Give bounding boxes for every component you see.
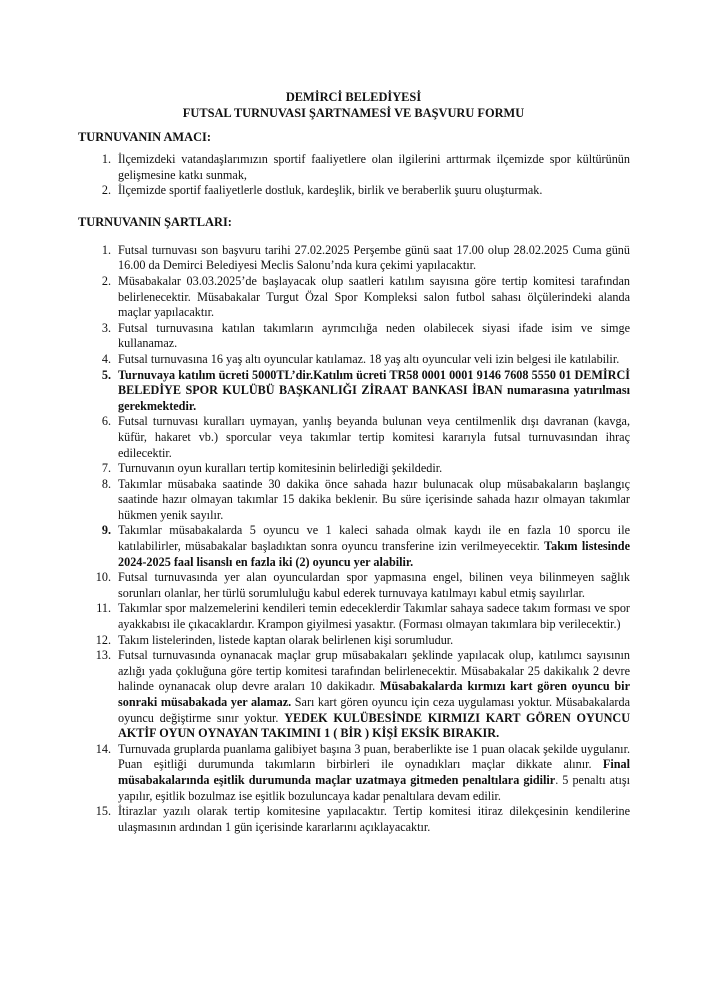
list-item-number: 11. xyxy=(78,601,111,617)
terms-item: 4.Futsal turnuvasına 16 yaş altı oyuncul… xyxy=(78,352,630,368)
list-item-number: 5. xyxy=(78,368,111,384)
terms-item: 15.İtirazlar yazılı olarak tertip komite… xyxy=(78,804,630,835)
list-item-number: 12. xyxy=(78,633,111,649)
list-item-text: Takım listelerinden, listede kaptan olar… xyxy=(118,633,453,647)
list-item-number: 4. xyxy=(78,352,111,368)
list-item-text: Futsal turnuvası kuralları uymayan, yanl… xyxy=(118,414,630,459)
purpose-item: 2.İlçemizde sportif faaliyetlerle dostlu… xyxy=(78,183,630,199)
terms-item: 5.Turnuvaya katılım ücreti 5000TL’dir.Ka… xyxy=(78,368,630,415)
list-item-number: 1. xyxy=(78,243,111,259)
list-item-number: 6. xyxy=(78,414,111,430)
section-heading-terms: TURNUVANIN ŞARTLARI: xyxy=(78,215,232,231)
list-item-text: İtirazlar yazılı olarak tertip komitesin… xyxy=(118,804,630,834)
terms-item: 10.Futsal turnuvasında yer alan oyuncula… xyxy=(78,570,630,601)
list-item-text: Futsal turnuvasına 16 yaş altı oyuncular… xyxy=(118,352,619,366)
list-item-number: 2. xyxy=(78,183,111,199)
list-item-text: Turnuvanın oyun kuralları tertip komites… xyxy=(118,461,442,475)
document-page: DEMİRCİ BELEDİYESİ FUTSAL TURNUVASI ŞART… xyxy=(0,0,707,1000)
list-item-number: 14. xyxy=(78,742,111,758)
list-item-number: 3. xyxy=(78,321,111,337)
list-item-text: İlçemizde sportif faaliyetlerle dostluk,… xyxy=(118,183,542,197)
purpose-list: 1.İlçemizdeki vatandaşlarımızın sportif … xyxy=(78,152,630,199)
terms-item: 14.Turnuvada gruplarda puanlama galibiye… xyxy=(78,742,630,804)
terms-item: 11.Takımlar spor malzemelerini kendileri… xyxy=(78,601,630,632)
list-item-number: 9. xyxy=(78,523,111,539)
list-item-number: 1. xyxy=(78,152,111,168)
list-item-text: Futsal turnuvası son başvuru tarihi 27.0… xyxy=(118,243,630,273)
list-item-text: Futsal turnuvasında yer alan oyuncularda… xyxy=(118,570,630,600)
terms-item: 7.Turnuvanın oyun kuralları tertip komit… xyxy=(78,461,630,477)
terms-item: 6.Futsal turnuvası kuralları uymayan, ya… xyxy=(78,414,630,461)
list-item-text: Takımlar müsabaka saatinde 30 dakika önc… xyxy=(118,477,630,522)
terms-item: 8.Takımlar müsabaka saatinde 30 dakika ö… xyxy=(78,477,630,524)
terms-item: 2. Müsabakalar 03.03.2025’de başlayacak … xyxy=(78,274,630,321)
list-item-number: 8. xyxy=(78,477,111,493)
list-item-text: Takımlar spor malzemelerini kendileri te… xyxy=(118,601,630,631)
list-item-number: 2. xyxy=(78,274,111,290)
terms-item: 1.Futsal turnuvası son başvuru tarihi 27… xyxy=(78,243,630,274)
list-item-number: 13. xyxy=(78,648,111,664)
list-item-number: 10. xyxy=(78,570,111,586)
list-item-text: Futsal turnuvasına katılan takımların ay… xyxy=(118,321,630,351)
document-title-specification: FUTSAL TURNUVASI ŞARTNAMESİ VE BAŞVURU F… xyxy=(0,106,707,122)
purpose-item: 1.İlçemizdeki vatandaşlarımızın sportif … xyxy=(78,152,630,183)
list-item-number: 15. xyxy=(78,804,111,820)
list-item-number: 7. xyxy=(78,461,111,477)
terms-list: 1.Futsal turnuvası son başvuru tarihi 27… xyxy=(78,243,630,836)
list-item-text: Müsabakalar 03.03.2025’de başlayacak olu… xyxy=(118,274,630,319)
terms-item: 3.Futsal turnuvasına katılan takımların … xyxy=(78,321,630,352)
list-item-text: İlçemizdeki vatandaşlarımızın sportif fa… xyxy=(118,152,630,182)
terms-item: 13.Futsal turnuvasında oynanacak maçlar … xyxy=(78,648,630,742)
section-heading-purpose: TURNUVANIN AMACI: xyxy=(78,130,211,146)
document-title-municipality: DEMİRCİ BELEDİYESİ xyxy=(0,90,707,106)
terms-item: 12.Takım listelerinden, listede kaptan o… xyxy=(78,633,630,649)
terms-item: 9.Takımlar müsabakalarda 5 oyuncu ve 1 k… xyxy=(78,523,630,570)
list-item-text: Turnuvada gruplarda puanlama galibiyet b… xyxy=(118,742,630,772)
list-item-text-bold: Turnuvaya katılım ücreti 5000TL’dir.Katı… xyxy=(118,368,630,413)
